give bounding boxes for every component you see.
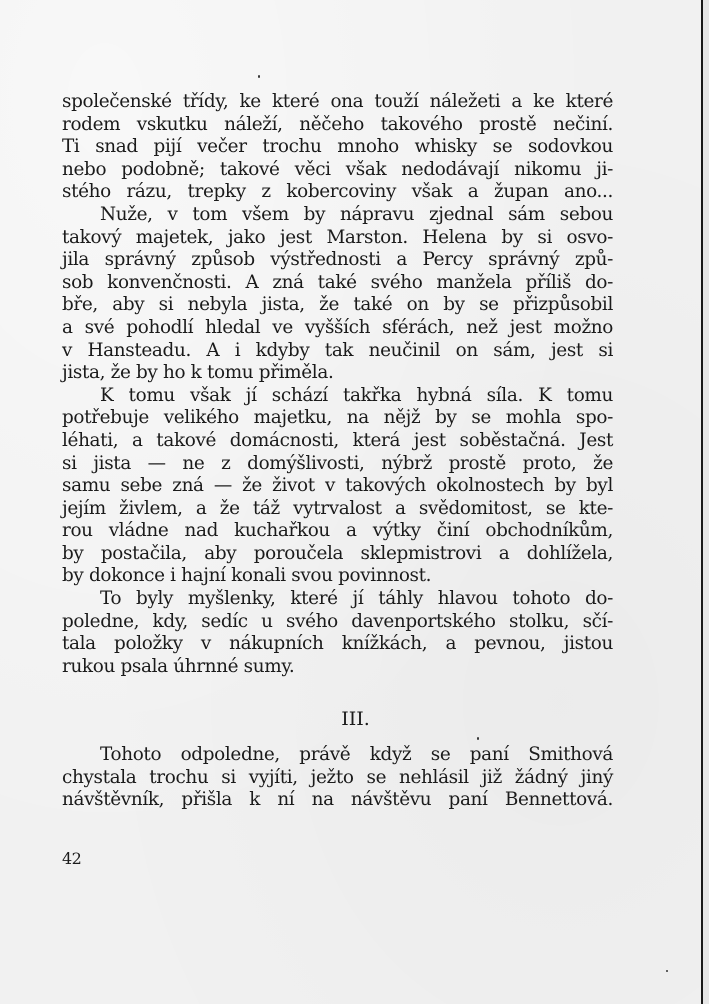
text-line: návštěvník, přišla k ní na návštěvu paní… — [62, 789, 613, 812]
text-line: Tohoto odpoledne, právě když se paní Smi… — [62, 744, 613, 767]
text-line: v Hansteadu. A i kdyby tak neučinil on s… — [62, 340, 613, 363]
text-line: jejím živlem, a že táž vytrvalost a svěd… — [62, 498, 613, 521]
text-line: To byly myšlenky, které jí táhly hlavou … — [62, 588, 613, 611]
print-speck — [258, 75, 260, 78]
text-line: a své pohodlí hledal ve vyšších sférách,… — [62, 317, 613, 340]
text-line: rodem vskutku náleží, něčeho takového pr… — [62, 114, 613, 137]
print-speck — [666, 970, 668, 972]
body-text-before-section: společenské třídy, ke které ona touží ná… — [62, 91, 613, 678]
text-line: si jista — ne z domýšlivosti, nýbrž pros… — [62, 453, 613, 476]
body-text-after-section: Tohoto odpoledne, právě když se paní Smi… — [62, 744, 613, 812]
text-line: jista, že by ho k tomu přiměla. — [62, 362, 613, 385]
paragraph: Nuže, v tom všem by nápravu zjednal sám … — [62, 204, 613, 385]
text-line: takový majetek, jako jest Marston. Helen… — [62, 227, 613, 250]
text-line: sob konvenčnosti. A zná také svého manže… — [62, 272, 613, 295]
print-speck — [477, 737, 479, 740]
text-line: rou vládne nad kuchařkou a výtky činí ob… — [62, 520, 613, 543]
text-line: by dokonce i hajní konali svou povinnost… — [62, 565, 613, 588]
text-line: samu sebe zná — že život v takových okol… — [62, 475, 613, 498]
page-number: 42 — [62, 849, 81, 868]
book-page: společenské třídy, ke které ona touží ná… — [0, 0, 703, 1004]
text-line: bře, aby si nebyla jista, že také on by … — [62, 294, 613, 317]
text-line: Ti snad pijí večer trochu mnoho whisky s… — [62, 136, 613, 159]
text-line: K tomu však jí schází takřka hybná síla.… — [62, 385, 613, 408]
paragraph: To byly myšlenky, které jí táhly hlavou … — [62, 588, 613, 678]
text-line: rukou psala úhrnné sumy. — [62, 656, 613, 679]
section-heading: III. — [0, 708, 703, 730]
text-line: by postačila, aby poroučela sklepmistrov… — [62, 543, 613, 566]
text-line: léhati, a takové domácnosti, která jest … — [62, 430, 613, 453]
text-line: potřebuje velikého majetku, na nějž by s… — [62, 407, 613, 430]
page-edge — [703, 0, 709, 1004]
text-line: jila správný způsob výstřednosti a Percy… — [62, 249, 613, 272]
text-line: nebo podobně; takové věci však nedodávaj… — [62, 159, 613, 182]
text-line: společenské třídy, ke které ona touží ná… — [62, 91, 613, 114]
text-line: Nuže, v tom všem by nápravu zjednal sám … — [62, 204, 613, 227]
text-line: chystala trochu si vyjíti, ježto se nehl… — [62, 767, 613, 790]
paragraph: společenské třídy, ke které ona touží ná… — [62, 91, 613, 204]
text-line: poledne, kdy, sedíc u svého davenportské… — [62, 611, 613, 634]
paragraph: K tomu však jí schází takřka hybná síla.… — [62, 385, 613, 588]
text-line: tala položky v nákupních knížkách, a pev… — [62, 633, 613, 656]
text-line: stého rázu, trepky z kobercoviny však a … — [62, 181, 613, 204]
paragraph: Tohoto odpoledne, právě když se paní Smi… — [62, 744, 613, 812]
